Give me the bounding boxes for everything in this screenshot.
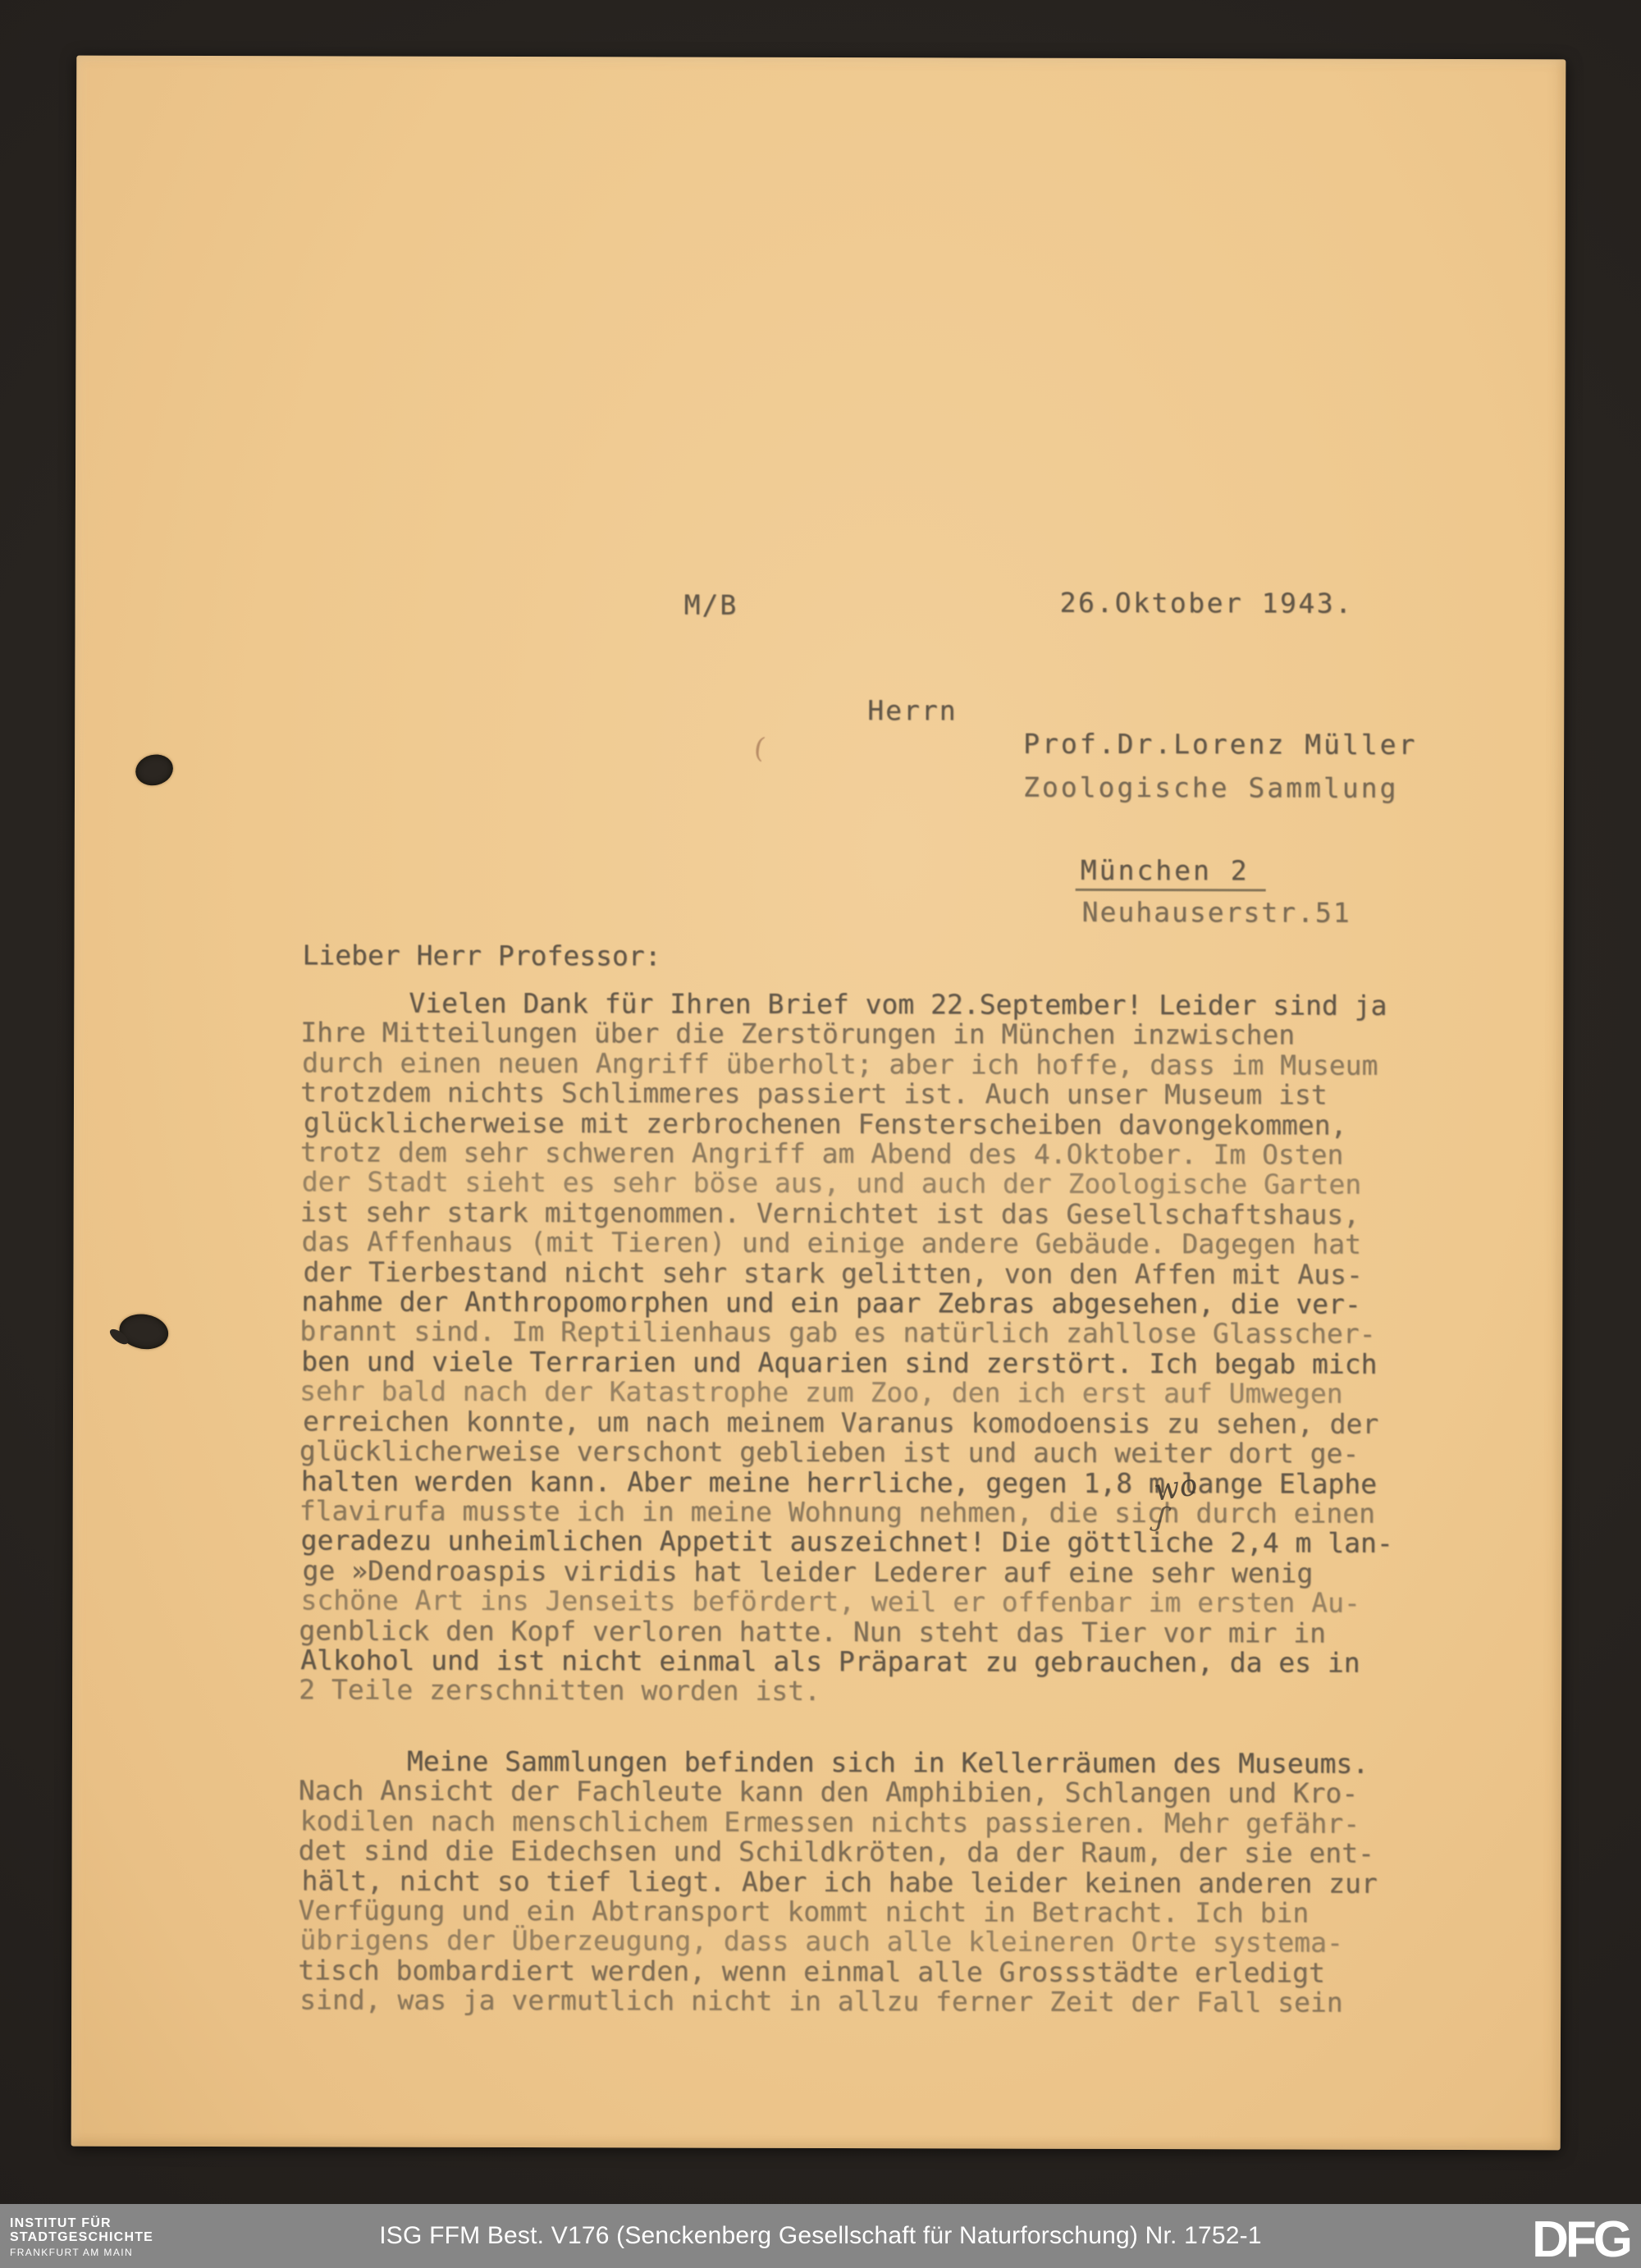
- recipient-street: Neuhauserstr.51: [1082, 898, 1351, 928]
- typewritten-line: hält, nicht so tief liegt. Aber ich habe…: [301, 1866, 1392, 1899]
- typewritten-line: der Tierbestand nicht sehr stark gelitte…: [303, 1257, 1394, 1290]
- typewritten-line: Nach Ansicht der Fachleute kann den Amph…: [299, 1776, 1390, 1809]
- archive-footer-bar: INSTITUT FÜR STADTGESCHICHTE FRANKFURT A…: [0, 2204, 1641, 2268]
- typewritten-line: brannt sind. Im Reptilienhaus gab es nat…: [299, 1317, 1391, 1350]
- typewritten-line: kodilen nach menschlichem Ermessen nicht…: [300, 1806, 1392, 1839]
- recipient-name: Prof.Dr.Lorenz Müller: [1023, 729, 1417, 761]
- typewritten-line: der Stadt sieht es sehr böse aus, und au…: [302, 1168, 1393, 1200]
- letter-paragraph-1: Vielen Dank für Ihren Brief vom 22.Septe…: [300, 988, 1393, 1708]
- typewritten-line: det sind die Eidechsen und Schildkröten,…: [299, 1836, 1390, 1869]
- letter-paragraph-2: Meine Sammlungen befinden sich in Keller…: [299, 1746, 1392, 2018]
- handwritten-annotation: wo: [1152, 1468, 1200, 1508]
- typewritten-line: ge »Dendroaspis viridis hat leider Leder…: [302, 1556, 1393, 1589]
- letter-page: M/B 26.Oktober 1943. Herrn Prof.Dr.Loren…: [71, 56, 1566, 2151]
- typewritten-line: glücklicherweise verschont geblieben ist…: [299, 1436, 1391, 1469]
- typewritten-line: tisch bombardiert werden, wenn einmal al…: [298, 1955, 1389, 1988]
- typewritten-line: ben und viele Terrarien und Aquarien sin…: [301, 1347, 1392, 1379]
- scan-viewer: M/B 26.Oktober 1943. Herrn Prof.Dr.Loren…: [0, 0, 1641, 2268]
- typewritten-line: nahme der Anthropomorphen und ein paar Z…: [301, 1287, 1392, 1319]
- punch-hole-bottom: [117, 1310, 171, 1352]
- recipient-city: München 2: [1081, 856, 1250, 886]
- archive-reference: ISG FFM Best. V176 (Senckenberg Gesellsc…: [0, 2222, 1641, 2250]
- typewritten-line: Ihre Mitteilungen über die Zerstörungen …: [300, 1018, 1392, 1051]
- typewritten-line: trotzdem nichts Schlimmeres passiert ist…: [300, 1078, 1392, 1111]
- typewritten-line: übrigens der Überzeugung, dass auch alle…: [299, 1926, 1391, 1959]
- date-line: 26.Oktober 1943.: [1060, 588, 1354, 619]
- typewritten-line: schöne Art ins Jenseits befördert, weil …: [300, 1585, 1392, 1618]
- dfg-logo: DFG: [1532, 2211, 1630, 2268]
- typewritten-line: genblick den Kopf verloren hatte. Nun st…: [299, 1616, 1390, 1648]
- typewritten-line: ist sehr stark mitgenommen. Vernichtet i…: [300, 1197, 1392, 1230]
- typewritten-line: das Affenhaus (mit Tieren) und einige an…: [302, 1228, 1393, 1260]
- letter-salutation: Lieber Herr Professor:: [302, 940, 661, 972]
- typewritten-line: flavirufa musste ich in meine Wohnung ne…: [299, 1496, 1391, 1529]
- typewritten-line: erreichen konnte, um nach meinem Varanus…: [303, 1406, 1394, 1439]
- typewritten-line: sehr bald nach der Katastrophe zum Zoo, …: [299, 1377, 1391, 1410]
- recipient-institution: Zoologische Sammlung: [1023, 773, 1398, 804]
- typewritten-line: halten werden kann. Aber meine herrliche…: [301, 1466, 1392, 1499]
- typewritten-line: Vielen Dank für Ihren Brief vom 22.Septe…: [302, 988, 1393, 1021]
- typewritten-line: Alkohol und ist nicht einmal als Präpara…: [300, 1645, 1392, 1678]
- typewritten-line: trotz dem sehr schweren Angriff am Abend…: [300, 1137, 1392, 1170]
- typewritten-line: durch einen neuen Angriff überholt; aber…: [302, 1048, 1393, 1081]
- typewritten-line: glücklicherweise mit zerbrochenen Fenste…: [304, 1108, 1395, 1141]
- typist-reference: M/B: [684, 591, 738, 621]
- typewritten-line: geradezu unheimlichen Appetit auszeichne…: [301, 1526, 1392, 1559]
- stray-pen-mark: (: [752, 731, 767, 765]
- city-underline: [1076, 889, 1266, 892]
- typewritten-line: Meine Sammlungen befinden sich in Keller…: [300, 1746, 1392, 1779]
- recipient-salutation: Herrn: [867, 696, 957, 726]
- punch-hole-top: [132, 751, 176, 789]
- typewritten-line: sind, was ja vermutlich nicht in allzu f…: [299, 1986, 1391, 2019]
- typewritten-line: 2 Teile zerschnitten worden ist.: [299, 1676, 1390, 1708]
